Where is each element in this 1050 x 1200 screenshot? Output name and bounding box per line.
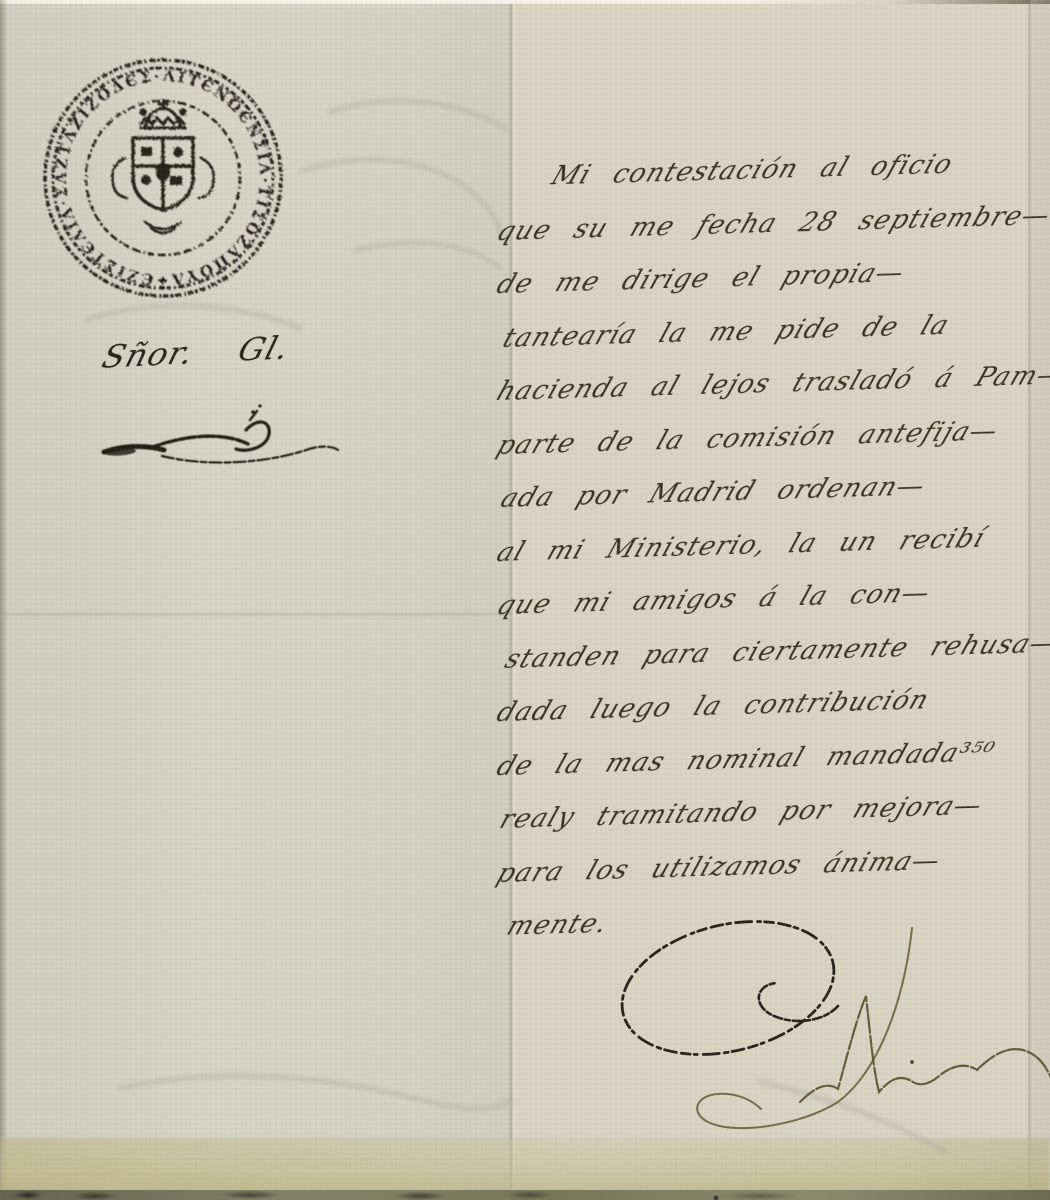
manuscript-page: ΛΙΤЄΝΏЄΝΣΙΛ·ΤΙΣΟΖΛΠΟΥΛ✦ЄΖΙΣΤЄΛΙΛ·ΣΛΖΤΛΖΙ… <box>0 0 1050 1200</box>
left-scan-edge <box>0 0 8 1200</box>
bottom-scan-edge <box>0 1190 1050 1200</box>
bottom-stain-wash <box>0 1138 1050 1192</box>
paper-left-half <box>0 0 514 1200</box>
horizontal-crease <box>0 612 512 618</box>
top-scan-edge <box>0 0 1050 4</box>
letter-body: Mi contestación al oficio que su me fech… <box>492 152 1037 955</box>
